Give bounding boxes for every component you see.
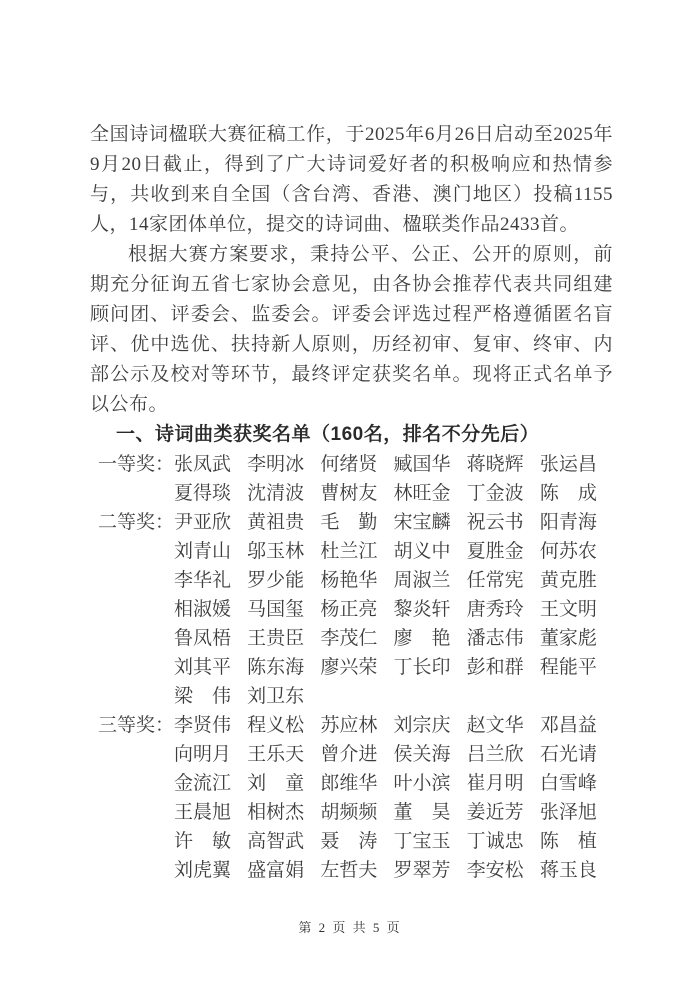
award-label (98, 479, 174, 508)
winner-name-row: 金流江刘 童郎维华叶小滨崔月明白雪峰 (174, 769, 613, 798)
winner-name-row: 鲁凤梧王贵臣李茂仁廖 艳潘志伟董家彪 (174, 624, 613, 653)
award-label (98, 827, 174, 856)
document-page: 全国诗词楹联大赛征稿工作，于2025年6月26日启动至2025年9月20日截止，… (0, 0, 700, 990)
winner-name: 何苏农 (540, 537, 613, 566)
winner-name: 潘志伟 (467, 624, 540, 653)
winner-name: 相树杰 (247, 798, 320, 827)
winner-name-row: 李贤伟程义松苏应林刘宗庆赵文华邓昌益 (174, 711, 613, 740)
award-row: 刘其平陈东海廖兴荣丁长印彭和群程能平 (90, 653, 613, 682)
winner-name-row: 刘青山邬玉林杜兰江胡义中夏胜金何苏农 (174, 537, 613, 566)
award-row: 向明月王乐天曾介进侯关海吕兰欣石光请 (90, 740, 613, 769)
winner-name: 王贵臣 (247, 624, 320, 653)
winner-name: 曾介进 (320, 740, 393, 769)
winner-name: 胡义中 (393, 537, 466, 566)
winner-name: 廖兴荣 (320, 653, 393, 682)
winner-name: 石光请 (540, 740, 613, 769)
winner-name: 胡频频 (320, 798, 393, 827)
winner-name: 刘 童 (247, 769, 320, 798)
winner-name: 夏得琰 (174, 479, 247, 508)
winner-name: 张泽旭 (540, 798, 613, 827)
winner-name: 张凤武 (174, 450, 247, 479)
winner-name: 蒋玉良 (540, 856, 613, 885)
winner-name: 陈东海 (247, 653, 320, 682)
winner-name: 李明冰 (247, 450, 320, 479)
winner-name-row: 许 敏高智武聂 涛丁宝玉丁诚忠陈 植 (174, 827, 613, 856)
winner-name: 聂 涛 (320, 827, 393, 856)
winner-name: 丁金波 (467, 479, 540, 508)
award-row: 金流江刘 童郎维华叶小滨崔月明白雪峰 (90, 769, 613, 798)
winner-name: 刘其平 (174, 653, 247, 682)
winner-name: 崔月明 (467, 769, 540, 798)
winner-name: 李华礼 (174, 566, 247, 595)
winner-name: 邬玉林 (247, 537, 320, 566)
winner-name: 夏胜金 (467, 537, 540, 566)
winner-name: 毛 勤 (320, 508, 393, 537)
winner-name: 张运昌 (540, 450, 613, 479)
winner-name: 程能平 (540, 653, 613, 682)
winner-name: 陈 植 (540, 827, 613, 856)
winner-name: 王乐天 (247, 740, 320, 769)
award-label (98, 595, 174, 624)
paragraph-judging-process: 根据大赛方案要求，秉持公平、公正、公开的原则，前期充分征询五省七家协会意见，由各… (90, 240, 613, 420)
winner-name: 臧国华 (393, 450, 466, 479)
winner-name: 董 昊 (393, 798, 466, 827)
winner-name: 黄祖贵 (247, 508, 320, 537)
award-row: 二等奖：尹亚欣黄祖贵毛 勤宋宝麟祝云书阳青海 (90, 508, 613, 537)
winner-name: 叶小滨 (393, 769, 466, 798)
award-block: 三等奖：李贤伟程义松苏应林刘宗庆赵文华邓昌益向明月王乐天曾介进侯关海吕兰欣石光请… (90, 711, 613, 885)
award-label (98, 682, 174, 711)
winner-name: 鲁凤梧 (174, 624, 247, 653)
award-label (98, 624, 174, 653)
winner-name: 程义松 (247, 711, 320, 740)
winner-name: 董家彪 (540, 624, 613, 653)
winner-name: 林旺金 (393, 479, 466, 508)
winner-name: 廖 艳 (393, 624, 466, 653)
award-label (98, 537, 174, 566)
award-label: 一等奖： (98, 450, 174, 479)
winner-name: 向明月 (174, 740, 247, 769)
award-row: 一等奖：张凤武李明冰何绪贤臧国华蒋晓辉张运昌 (90, 450, 613, 479)
page-footer: 第 2 页 共 5 页 (0, 918, 700, 938)
winner-name: 丁长印 (393, 653, 466, 682)
winner-name: 侯关海 (393, 740, 466, 769)
award-label (98, 740, 174, 769)
award-row: 相淑媛马国玺杨正亮黎炎轩唐秀玲王文明 (90, 595, 613, 624)
winner-name: 周淑兰 (393, 566, 466, 595)
winner-name: 黎炎轩 (393, 595, 466, 624)
winner-name: 姜近芳 (467, 798, 540, 827)
winner-name: 阳青海 (540, 508, 613, 537)
document-content: 全国诗词楹联大赛征稿工作，于2025年6月26日启动至2025年9月20日截止，… (90, 120, 613, 885)
winner-name: 丁宝玉 (393, 827, 466, 856)
winner-name: 赵文华 (467, 711, 540, 740)
winner-name: 盛富娟 (247, 856, 320, 885)
winner-name-row: 刘其平陈东海廖兴荣丁长印彭和群程能平 (174, 653, 613, 682)
winner-name: 黄克胜 (540, 566, 613, 595)
winner-name: 王文明 (540, 595, 613, 624)
award-row: 刘青山邬玉林杜兰江胡义中夏胜金何苏农 (90, 537, 613, 566)
award-label: 二等奖： (98, 508, 174, 537)
award-label (98, 798, 174, 827)
award-label (98, 769, 174, 798)
award-row: 梁 伟刘卫东 (90, 682, 613, 711)
winner-name: 宋宝麟 (393, 508, 466, 537)
winner-name: 许 敏 (174, 827, 247, 856)
winner-name: 陈 成 (540, 479, 613, 508)
winner-name: 苏应林 (320, 711, 393, 740)
winner-name: 唐秀玲 (467, 595, 540, 624)
award-row: 三等奖：李贤伟程义松苏应林刘宗庆赵文华邓昌益 (90, 711, 613, 740)
winner-name: 杨正亮 (320, 595, 393, 624)
award-label (98, 653, 174, 682)
winner-name-row: 刘虎翼盛富娟左哲夫罗翠芳李安松蒋玉良 (174, 856, 613, 885)
award-label: 三等奖： (98, 711, 174, 740)
award-label (98, 566, 174, 595)
award-row: 刘虎翼盛富娟左哲夫罗翠芳李安松蒋玉良 (90, 856, 613, 885)
winner-name: 邓昌益 (540, 711, 613, 740)
paragraph-submission-summary: 全国诗词楹联大赛征稿工作，于2025年6月26日启动至2025年9月20日截止，… (90, 120, 613, 240)
winner-name: 杨艳华 (320, 566, 393, 595)
winner-name: 王晨旭 (174, 798, 247, 827)
winner-name-row: 相淑媛马国玺杨正亮黎炎轩唐秀玲王文明 (174, 595, 613, 624)
winner-name: 彭和群 (467, 653, 540, 682)
winner-name: 祝云书 (467, 508, 540, 537)
winner-name: 梁 伟 (174, 682, 247, 711)
winner-name: 白雪峰 (540, 769, 613, 798)
winner-name: 曹树友 (320, 479, 393, 508)
winner-name: 李安松 (467, 856, 540, 885)
winner-name: 沈清波 (247, 479, 320, 508)
award-row: 王晨旭相树杰胡频频董 昊姜近芳张泽旭 (90, 798, 613, 827)
winner-name-row: 尹亚欣黄祖贵毛 勤宋宝麟祝云书阳青海 (174, 508, 613, 537)
winner-name: 尹亚欣 (174, 508, 247, 537)
winner-name: 马国玺 (247, 595, 320, 624)
winner-name: 刘宗庆 (393, 711, 466, 740)
winner-name-row: 王晨旭相树杰胡频频董 昊姜近芳张泽旭 (174, 798, 613, 827)
winner-name: 吕兰欣 (467, 740, 540, 769)
winner-name: 左哲夫 (320, 856, 393, 885)
winner-name: 蒋晓辉 (467, 450, 540, 479)
winner-name-row: 夏得琰沈清波曹树友林旺金丁金波陈 成 (174, 479, 613, 508)
winner-name: 李贤伟 (174, 711, 247, 740)
winner-name: 高智武 (247, 827, 320, 856)
winner-name-row: 张凤武李明冰何绪贤臧国华蒋晓辉张运昌 (174, 450, 613, 479)
winner-name: 杜兰江 (320, 537, 393, 566)
winner-name: 金流江 (174, 769, 247, 798)
award-list: 一等奖：张凤武李明冰何绪贤臧国华蒋晓辉张运昌夏得琰沈清波曹树友林旺金丁金波陈 成… (90, 450, 613, 885)
award-row: 李华礼罗少能杨艳华周淑兰任常宪黄克胜 (90, 566, 613, 595)
award-row: 鲁凤梧王贵臣李茂仁廖 艳潘志伟董家彪 (90, 624, 613, 653)
winner-name: 相淑媛 (174, 595, 247, 624)
winner-name: 刘虎翼 (174, 856, 247, 885)
award-row: 夏得琰沈清波曹树友林旺金丁金波陈 成 (90, 479, 613, 508)
winner-name: 李茂仁 (320, 624, 393, 653)
winner-name: 何绪贤 (320, 450, 393, 479)
winner-name: 罗少能 (247, 566, 320, 595)
winner-name: 刘青山 (174, 537, 247, 566)
section-heading: 一、诗词曲类获奖名单（160名，排名不分先后） (90, 420, 613, 450)
winner-name: 郎维华 (320, 769, 393, 798)
award-label (98, 856, 174, 885)
winner-name: 刘卫东 (247, 682, 320, 711)
winner-name: 丁诚忠 (467, 827, 540, 856)
award-block: 二等奖：尹亚欣黄祖贵毛 勤宋宝麟祝云书阳青海刘青山邬玉林杜兰江胡义中夏胜金何苏农… (90, 508, 613, 711)
winner-name: 任常宪 (467, 566, 540, 595)
award-block: 一等奖：张凤武李明冰何绪贤臧国华蒋晓辉张运昌夏得琰沈清波曹树友林旺金丁金波陈 成 (90, 450, 613, 508)
winner-name-row: 梁 伟刘卫东 (174, 682, 613, 711)
winner-name-row: 向明月王乐天曾介进侯关海吕兰欣石光请 (174, 740, 613, 769)
winner-name: 罗翠芳 (393, 856, 466, 885)
winner-name-row: 李华礼罗少能杨艳华周淑兰任常宪黄克胜 (174, 566, 613, 595)
award-row: 许 敏高智武聂 涛丁宝玉丁诚忠陈 植 (90, 827, 613, 856)
